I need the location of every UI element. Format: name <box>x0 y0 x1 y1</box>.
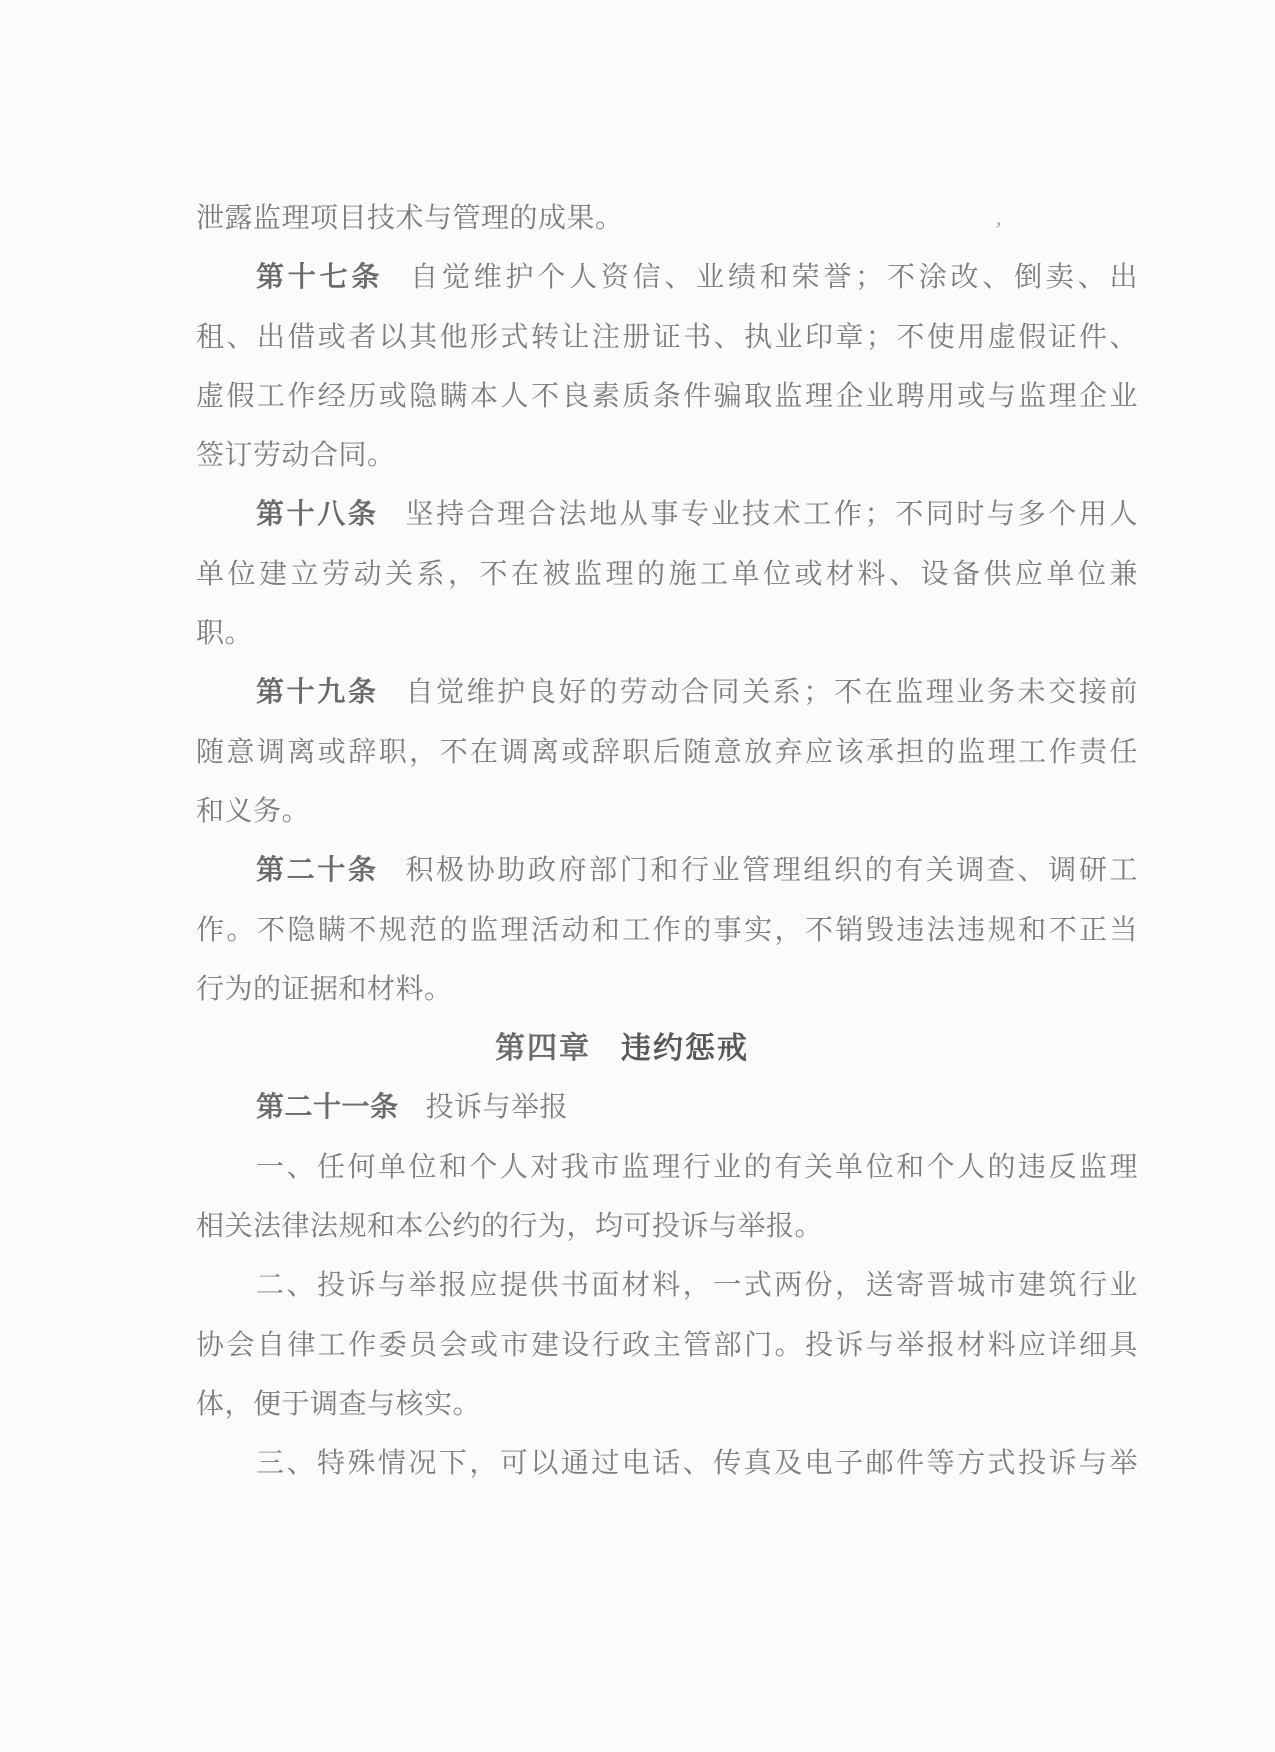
article-label: 第十九条 <box>256 677 378 708</box>
doc-line: 随意调离或辞职，不在调离或辞职后随意放弃应该承担的监理工作责任 <box>196 723 1138 782</box>
doc-line: 签订劳动合同。 <box>196 426 1138 485</box>
doc-line: 二、投诉与举报应提供书面材料，一式两份，送寄晋城市建筑行业 <box>196 1256 1138 1315</box>
article-label: 第二十一条 <box>256 1092 399 1123</box>
chapter-number: 第四章 <box>495 1032 591 1065</box>
article-text: 自觉维护个人资信、业绩和荣誉；不涂改、倒卖、出 <box>410 262 1138 293</box>
doc-line: 第十九条自觉维护良好的劳动合同关系；不在监理业务未交接前 <box>196 663 1138 722</box>
doc-line: 和义务。 <box>196 782 1138 841</box>
doc-line: 第十七条自觉维护个人资信、业绩和荣誉；不涂改、倒卖、出 <box>196 248 1138 307</box>
document-page: ’ 泄露监理项目技术与管理的成果。 第十七条自觉维护个人资信、业绩和荣誉；不涂改… <box>0 0 1275 1752</box>
doc-line: 三、特殊情况下，可以通过电话、传真及电子邮件等方式投诉与举 <box>196 1434 1138 1493</box>
doc-line: 第十八条坚持合理合法地从事专业技术工作；不同时与多个用人 <box>196 485 1138 544</box>
doc-line: 单位建立劳动关系，不在被监理的施工单位或材料、设备供应单位兼 <box>196 545 1138 604</box>
doc-line: 租、出借或者以其他形式转让注册证书、执业印章；不使用虚假证件、 <box>196 308 1138 367</box>
text-block: 泄露监理项目技术与管理的成果。 第十七条自觉维护个人资信、业绩和荣誉；不涂改、倒… <box>196 189 1138 1494</box>
doc-line: 作。不隐瞒不规范的监理活动和工作的事实，不销毁违法违规和不正当 <box>196 901 1138 960</box>
article-label: 第十七条 <box>256 262 383 293</box>
article-text: 积极协助政府部门和行业管理组织的有关调查、调研工 <box>405 855 1138 886</box>
doc-line: 行为的证据和材料。 <box>196 960 1138 1019</box>
doc-line: 泄露监理项目技术与管理的成果。 <box>196 189 1138 248</box>
doc-line: 第二十条积极协助政府部门和行业管理组织的有关调查、调研工 <box>196 841 1138 900</box>
article-text: 投诉与举报 <box>426 1092 569 1123</box>
article-label: 第二十条 <box>256 855 378 886</box>
article-label: 第十八条 <box>256 499 378 530</box>
doc-line: 一、任何单位和个人对我市监理行业的有关单位和个人的违反监理 <box>196 1138 1138 1197</box>
article-text: 坚持合理合法地从事专业技术工作；不同时与多个用人 <box>405 499 1138 530</box>
doc-line: 协会自律工作委员会或市建设行政主管部门。投诉与举报材料应详细具 <box>196 1316 1138 1375</box>
doc-line: 虚假工作经历或隐瞒本人不良素质条件骗取监理企业聘用或与监理企业 <box>196 367 1138 426</box>
chapter-title: 违约惩戒 <box>621 1032 749 1065</box>
doc-line: 体，便于调查与核实。 <box>196 1375 1138 1434</box>
article-text: 自觉维护良好的劳动合同关系；不在监理业务未交接前 <box>405 677 1138 708</box>
chapter-heading: 第四章违约惩戒 <box>151 1019 1093 1078</box>
doc-line: 相关法律法规和本公约的行为，均可投诉与举报。 <box>196 1197 1138 1256</box>
doc-line: 第二十一条投诉与举报 <box>196 1078 1138 1137</box>
doc-line: 职。 <box>196 604 1138 663</box>
